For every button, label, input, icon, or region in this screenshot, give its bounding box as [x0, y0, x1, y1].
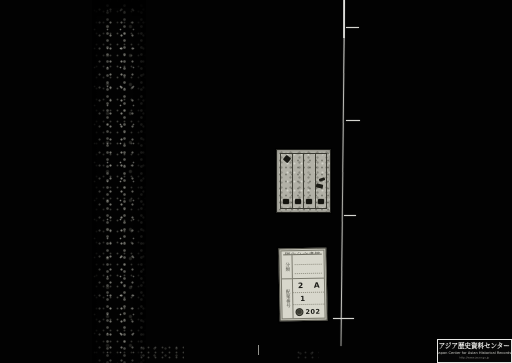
title-slip-column [281, 154, 293, 208]
title-slip-column [304, 154, 316, 208]
title-slip-frame [280, 153, 327, 209]
circled-stamp-icon [295, 307, 303, 315]
wear-speckle-patch [295, 350, 319, 359]
title-slip [276, 149, 331, 213]
scanned-book-cover: 國立公文書館 分類 配架番号 2 A 1 202 アジア歴史資料セ [0, 0, 512, 363]
field-label-shelf-number: 配架番号 [282, 279, 293, 318]
field-label-classification: 分類 [281, 255, 291, 279]
binding-crease-line [340, 0, 345, 346]
spine-wear-texture [92, 0, 146, 363]
stitch-mark [346, 120, 360, 121]
call-number-value: 202 [305, 307, 320, 315]
stitch-mark [333, 318, 354, 319]
jacar-title: アジア歴史資料センター [439, 342, 510, 350]
archives-label-frame: 國立公文書館 分類 配架番号 2 A 1 202 [280, 250, 325, 320]
stamp-mark [283, 199, 289, 204]
jacar-url: http://www.jacar.go.jp [460, 357, 490, 359]
shelf-number-value: 2 A [293, 279, 324, 294]
stitch-mark [344, 215, 356, 216]
title-slip-column [316, 154, 327, 208]
stamp-mark [306, 199, 312, 204]
archives-classification-label: 國立公文書館 分類 配架番号 2 A 1 202 [278, 248, 327, 322]
archives-label-body: 分類 配架番号 2 A 1 202 [281, 255, 324, 319]
stamp-mark [295, 199, 301, 204]
jacar-subtitle: Japan Center for Asian Historical Record… [438, 352, 512, 356]
scratch-mark [258, 345, 259, 355]
shelf-number-value: 1 [293, 293, 324, 306]
classification-blank-cell [292, 255, 323, 280]
jacar-watermark-label: アジア歴史資料センター Japan Center for Asian Histo… [437, 339, 512, 363]
wear-speckle-patch [138, 345, 184, 359]
ink-mark [316, 183, 324, 188]
ink-mark [319, 177, 326, 182]
title-slip-column [293, 154, 305, 208]
stitch-mark [346, 27, 359, 28]
binding-crease-highlight [343, 0, 345, 38]
archives-value-column: 2 A 1 202 [292, 255, 324, 319]
ink-mark [283, 155, 291, 163]
stamp-mark [318, 199, 324, 204]
call-number-row: 202 [293, 305, 324, 319]
